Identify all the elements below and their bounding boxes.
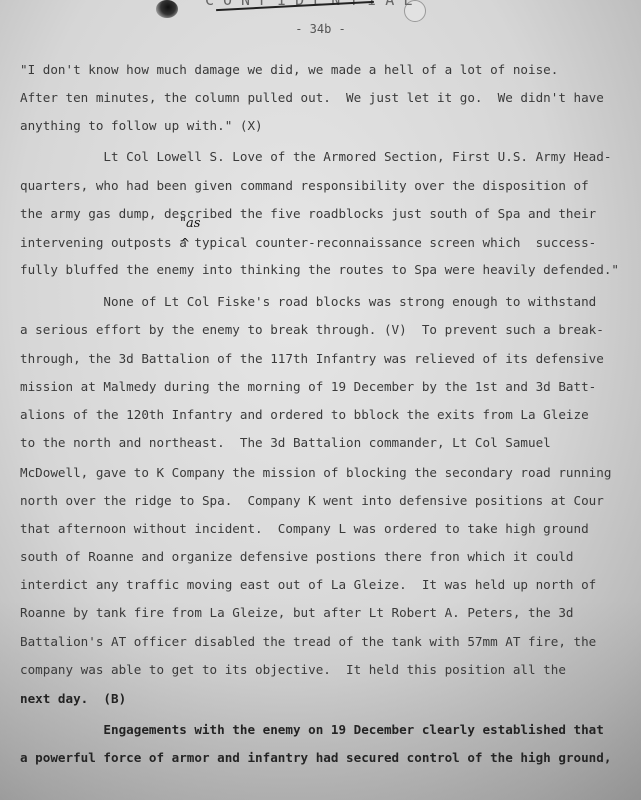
text-line: After ten minutes, the column pulled out… — [20, 90, 604, 105]
text-line: Lt Col Lowell S. Love of the Armored Sec… — [20, 149, 611, 164]
punch-hole-left — [156, 0, 178, 18]
text-line: north over the ridge to Spa. Company K w… — [20, 493, 604, 508]
text-line: through, the 3d Battalion of the 117th I… — [20, 351, 604, 366]
text-line: next day. (B) — [20, 691, 126, 706]
text-line: anything to follow up with." (X) — [20, 118, 263, 133]
document-page: CONFIDENTIAL - 34b - "as ^ "I don't know… — [0, 0, 641, 800]
text-line: Battalion's AT officer disabled the trea… — [20, 634, 596, 649]
text-line: McDowell, gave to K Company the mission … — [20, 465, 611, 480]
text-line: company was able to get to its objective… — [20, 662, 566, 677]
text-line: Roanne by tank fire from La Gleize, but … — [20, 605, 574, 620]
text-line: "I don't know how much damage we did, we… — [20, 62, 558, 77]
text-line: that afternoon without incident. Company… — [20, 521, 589, 536]
text-line: the army gas dump, described the five ro… — [20, 206, 596, 221]
text-line: mission at Malmedy during the morning of… — [20, 379, 596, 394]
text-line: Engagements with the enemy on 19 Decembe… — [20, 722, 604, 737]
page-number: - 34b - — [0, 22, 641, 36]
text-line: quarters, who had been given command res… — [20, 178, 589, 193]
text-line: fully bluffed the enemy into thinking th… — [20, 262, 619, 277]
text-line: intervening outposts a typical counter-r… — [20, 235, 596, 250]
text-line: a powerful force of armor and infantry h… — [20, 750, 611, 765]
text-line: to the north and northeast. The 3d Batta… — [20, 435, 551, 450]
text-line: south of Roanne and organize defensive p… — [20, 549, 574, 564]
text-line: None of Lt Col Fiske's road blocks was s… — [20, 294, 596, 309]
text-line: interdict any traffic moving east out of… — [20, 577, 596, 592]
text-line: a serious effort by the enemy to break t… — [20, 322, 604, 337]
text-line: alions of the 120th Infantry and ordered… — [20, 407, 589, 422]
